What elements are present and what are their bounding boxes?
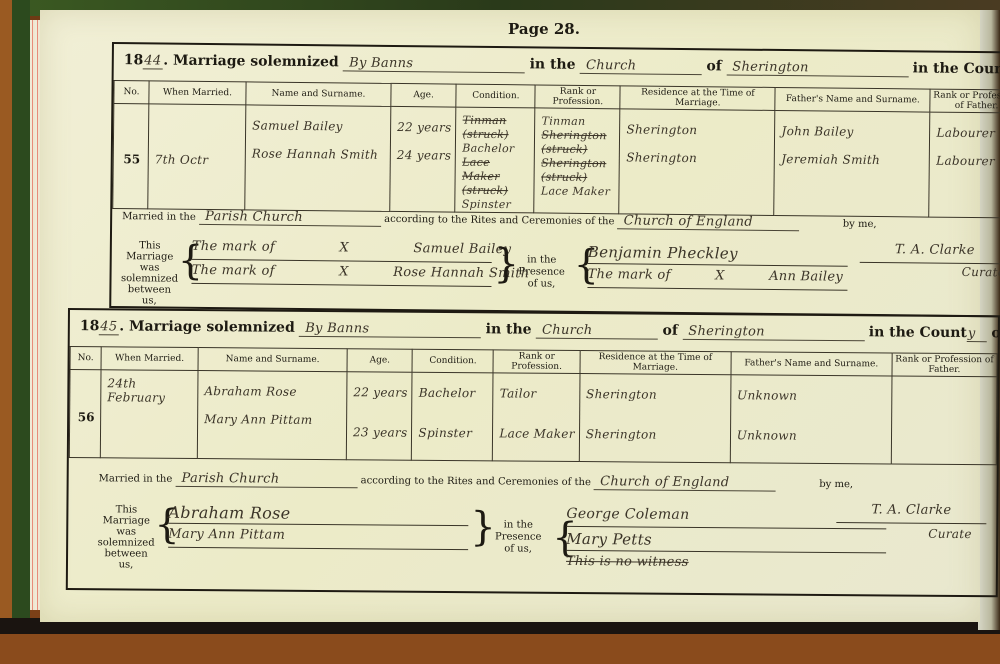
rank-cell: Tinman Sherington (struck) Sherington (s…	[534, 108, 620, 214]
witness-2-prefix: The mark of	[588, 267, 671, 283]
sol-label-1: This Marriage	[120, 240, 180, 263]
groom-condition: Bachelor	[419, 379, 489, 408]
officiant-title: Curate	[962, 265, 1000, 279]
col-name: Name and Surname.	[246, 82, 391, 107]
table-row: 55 7th Octr Samuel Bailey Rose Hannah Sm…	[113, 104, 1000, 219]
book-cover-left	[0, 0, 30, 630]
officiant-signature: T. A. Clarke	[836, 502, 986, 524]
label-of: of	[706, 58, 722, 74]
witness-1: Benjamin Pheckley	[588, 243, 848, 267]
party-signature-2: The mark of X Rose Hannah Smith	[191, 263, 491, 287]
label-married-in: Married in the	[99, 473, 173, 485]
groom-rank: Tinman	[542, 115, 616, 130]
officiant-title: Curate	[928, 527, 972, 541]
bride-age: 24 years	[397, 141, 452, 170]
groom-condition: Bachelor	[462, 142, 530, 157]
col-father: Father's Name and Surname.	[775, 87, 930, 112]
register-table: No. When Married. Name and Surname. Age.…	[112, 80, 1000, 219]
bride-rank: Lace Maker	[541, 184, 615, 199]
col-condition: Condition.	[456, 84, 535, 108]
year-prefix: 18	[124, 52, 144, 68]
bride-residence: Sherington	[586, 420, 726, 449]
entry-number: 56	[69, 370, 101, 458]
bride-age: 23 years	[353, 418, 408, 446]
bride-name: Mary Ann Pittam	[204, 405, 342, 434]
ages-cell: 22 years 24 years	[390, 106, 457, 212]
marriage-entry-55: 1844. Marriage solemnized By Banns in th…	[109, 42, 1000, 318]
label-county: in the Count	[869, 324, 967, 341]
residence-cell: Sherington Sherington	[619, 109, 775, 216]
county-suffix: y	[967, 326, 987, 342]
bride-father-rank: Labourer	[936, 147, 1000, 176]
col-residence: Residence at the Time of Marriage.	[580, 351, 731, 375]
married-in: Parish Church	[175, 471, 357, 488]
table-row: 56 24th February Abraham Rose Mary Ann P…	[69, 370, 997, 465]
presence-1: in the	[512, 254, 572, 267]
place-type: Church	[580, 58, 702, 75]
ages-cell: 22 years 23 years	[346, 372, 412, 461]
label-by-me: by me,	[843, 219, 877, 230]
names-cell: Samuel Bailey Rose Hannah Smith	[245, 105, 391, 212]
sol-label-4: between us,	[96, 548, 156, 570]
col-father-rank: Rank or Profession of Father.	[892, 353, 997, 377]
married-in: Parish Church	[199, 209, 381, 227]
witness-3-struck: This is no witness	[566, 554, 886, 577]
parish: Sherington	[726, 59, 908, 77]
party-1-prefix: The mark of	[192, 239, 275, 255]
bride-rank: Lace Maker	[499, 419, 575, 448]
presence-2: Presence	[512, 266, 572, 279]
col-age: Age.	[391, 83, 457, 107]
presence-2: Presence	[488, 531, 548, 543]
names-cell: Abraham Rose Mary Ann Pittam	[197, 371, 347, 460]
bride-father: Jeremiah Smith	[781, 145, 925, 175]
col-when-married: When Married.	[149, 81, 246, 105]
bride-father: Unknown	[737, 421, 887, 450]
year-suffix: 45	[99, 319, 119, 335]
label-county: in the Count	[913, 60, 1000, 77]
groom-father: Unknown	[737, 381, 887, 410]
label-in-the: in the	[530, 56, 576, 72]
entry-header: 1845. Marriage solemnized By Banns in th…	[80, 318, 1000, 343]
party-signature-1: Abraham Rose	[168, 503, 468, 526]
marriage-entry-56: 1845. Marriage solemnized By Banns in th…	[66, 308, 1000, 597]
condition-cell: Bachelor Spinster	[412, 372, 494, 461]
col-rank: Rank or Profession.	[535, 85, 620, 109]
bride-rank-struck: Sherington (struck)	[541, 157, 615, 186]
place-type: Church	[536, 323, 658, 340]
sol-label-2: was	[120, 262, 180, 274]
year-prefix: 18	[80, 318, 100, 334]
when-married: 7th Octr	[148, 104, 246, 210]
residence-cell: Sherington Sherington	[579, 374, 731, 463]
groom-age: 22 years	[397, 113, 452, 142]
sol-label-4: between us,	[119, 284, 179, 307]
col-no: No.	[70, 347, 101, 370]
page-number: Page 28.	[508, 20, 580, 38]
col-name: Name and Surname.	[198, 348, 347, 372]
label-married-in: Married in the	[122, 211, 196, 223]
label-county-of: of	[991, 325, 1000, 341]
label-marriage-solemnized: Marriage solemnized	[173, 53, 339, 71]
solemnized-between-label: This Marriage was solemnized between us,	[119, 240, 180, 307]
bride-name: Rose Hannah Smith	[252, 139, 386, 168]
presence-1: in the	[488, 519, 548, 531]
sol-label-2: was	[96, 526, 156, 537]
rank-cell: Tailor Lace Maker	[493, 373, 580, 462]
witness-2: The mark of X Ann Bailey	[587, 267, 847, 291]
label-by-me: by me,	[819, 479, 853, 490]
bride-residence: Sherington	[626, 143, 770, 173]
col-when-married: When Married.	[101, 347, 198, 371]
party-2-mark: X	[339, 264, 349, 279]
bride-condition-struck: Lace Maker (struck)	[462, 156, 530, 199]
groom-name: Abraham Rose	[204, 377, 342, 406]
label-in-the: in the	[486, 321, 532, 337]
witness-2: Mary Petts	[566, 530, 886, 554]
presence-label: in the Presence of us,	[511, 254, 571, 291]
label-according-to: according to the Rites and Ceremonies of…	[384, 214, 614, 227]
col-condition: Condition.	[412, 349, 493, 373]
col-rank: Rank or Profession.	[493, 350, 579, 374]
witness-2-mark: X	[715, 268, 725, 283]
party-signature-1: The mark of X Samuel Bailey	[192, 239, 492, 263]
sol-label-3: solemnized	[96, 537, 156, 548]
party-signature-2: Mary Ann Pittam	[168, 527, 468, 550]
groom-rank: Tailor	[500, 379, 576, 408]
groom-father-rank: Labourer	[936, 119, 1000, 148]
presence-label: in the Presence of us,	[488, 519, 548, 555]
officiant-signature: T. A. Clarke	[860, 242, 1000, 265]
label-of: of	[662, 323, 678, 339]
year-suffix: 44	[143, 53, 163, 69]
register-page: Page 28. 1844. Marriage solemnized By Ba…	[40, 10, 980, 622]
party-2-prefix: The mark of	[192, 263, 275, 279]
groom-father: John Bailey	[781, 117, 925, 147]
solemnized-between-label: This Marriage was solemnized between us,	[96, 504, 157, 570]
groom-residence: Sherington	[626, 115, 770, 145]
groom-father-rank	[898, 383, 992, 412]
register-table: No. When Married. Name and Surname. Age.…	[69, 346, 998, 465]
bride-father-rank	[898, 411, 992, 440]
wooden-table	[0, 618, 1000, 664]
condition-cell: Tinman (struck) Bachelor Lace Maker (str…	[455, 107, 535, 213]
when-married: 24th February	[100, 370, 198, 459]
rites: Church of England	[594, 474, 776, 491]
solemnized-by: By Banns	[299, 321, 481, 338]
groom-residence: Sherington	[586, 380, 726, 409]
bride-condition: Spinster	[462, 198, 530, 213]
groom-condition-struck: Tinman (struck)	[462, 114, 530, 143]
witness-2-name: Ann Bailey	[769, 269, 843, 285]
presence-3: of us,	[511, 278, 571, 291]
parish: Sherington	[682, 324, 864, 341]
entry-header: 1844. Marriage solemnized By Banns in th…	[124, 52, 1000, 80]
bride-condition: Spinster	[418, 419, 488, 448]
label-marriage-solemnized: Marriage solemnized	[129, 318, 295, 335]
groom-age: 22 years	[353, 378, 408, 406]
rites: Church of England	[618, 213, 800, 231]
col-father: Father's Name and Surname.	[731, 352, 892, 376]
sol-label-1: This Marriage	[96, 504, 156, 526]
father-cell: Unknown Unknown	[730, 375, 892, 464]
father-rank-cell	[891, 376, 997, 465]
col-age: Age.	[347, 349, 413, 373]
father-rank-cell: Labourer Labourer	[929, 112, 1000, 218]
entry-number: 55	[113, 104, 149, 209]
col-residence: Residence at the Time of Marriage.	[620, 86, 775, 111]
sol-label-3: solemnized	[119, 273, 179, 285]
groom-name: Samuel Bailey	[252, 111, 386, 140]
father-cell: John Bailey Jeremiah Smith	[774, 110, 930, 217]
col-father-rank: Rank or Profession of Father.	[930, 89, 1000, 113]
solemnized-by: By Banns	[343, 55, 525, 73]
col-no: No.	[114, 81, 149, 104]
married-in-line: Married in the Parish Church according t…	[99, 470, 854, 492]
presence-3: of us,	[488, 543, 548, 555]
label-according-to: according to the Rites and Ceremonies of…	[361, 475, 591, 488]
groom-rank-struck: Sherington (struck)	[541, 129, 615, 158]
party-1-mark: X	[339, 240, 349, 255]
